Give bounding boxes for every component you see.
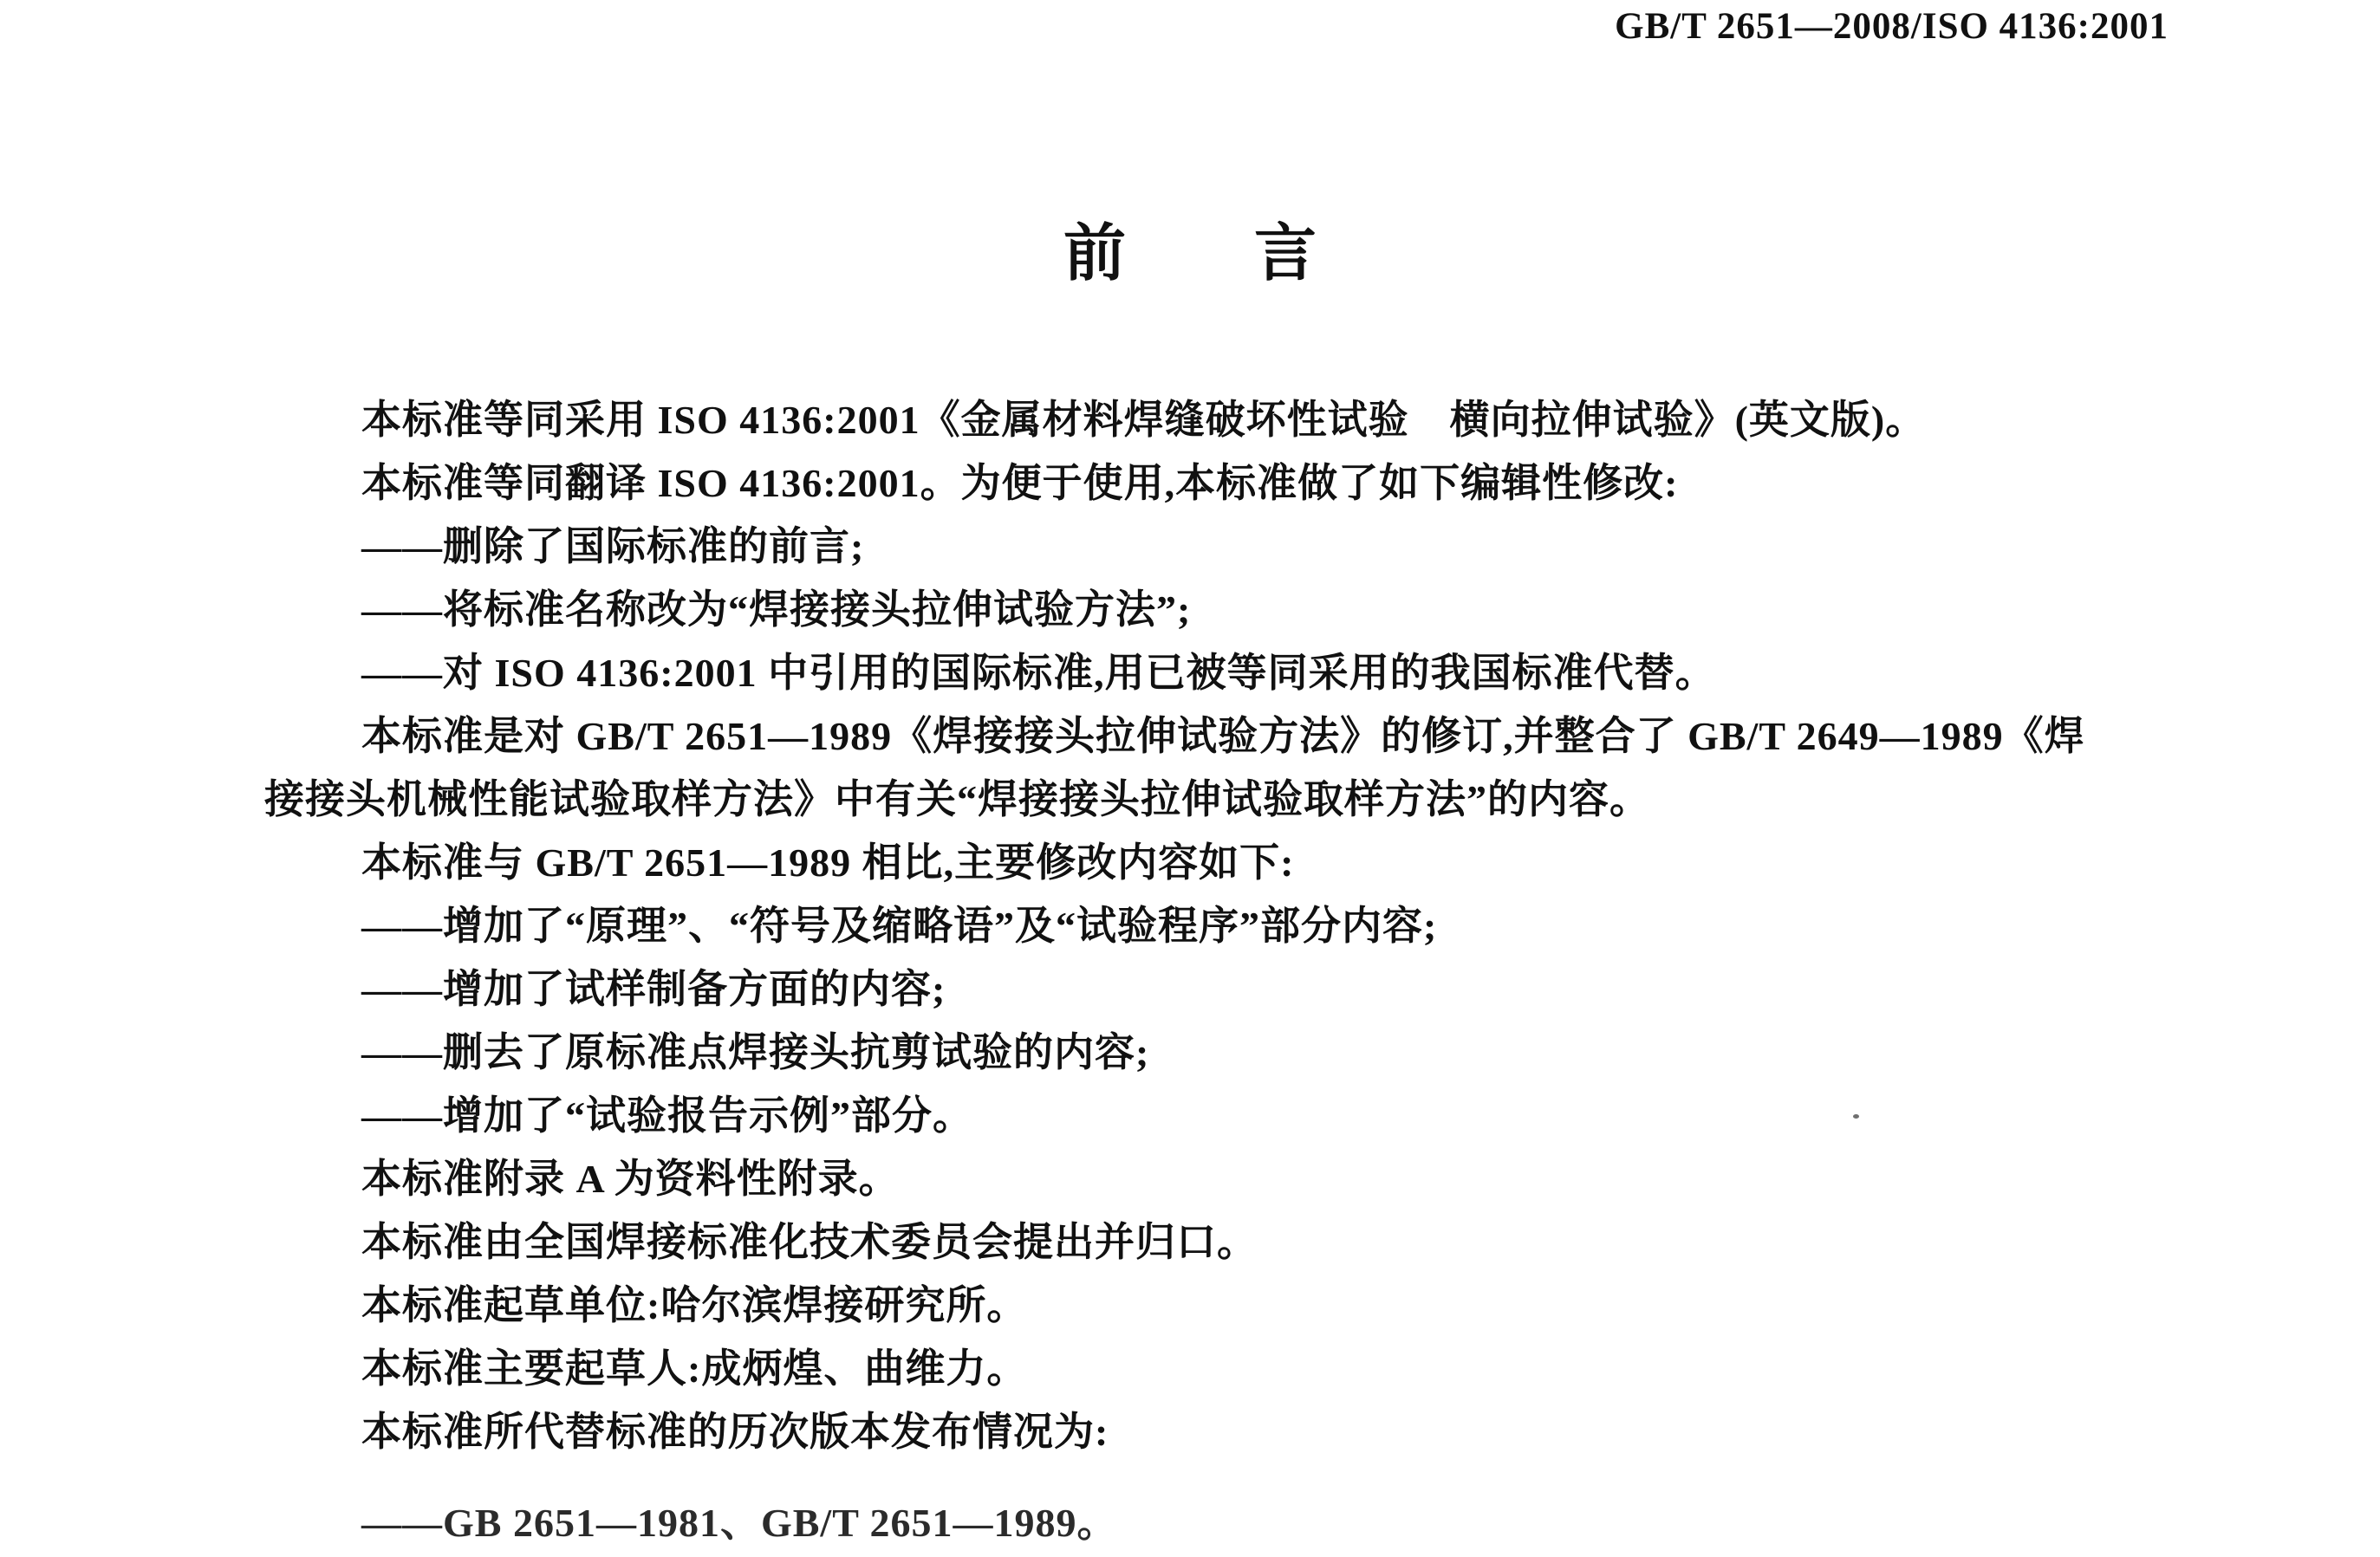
- text-line: ——删去了原标准点焊接头抗剪试验的内容;: [264, 1021, 2145, 1084]
- text-line: 本标准附录 A 为资料性附录。: [264, 1147, 2145, 1210]
- document-page: GB/T 2651—2008/ISO 4136:2001 前 言 本标准等同采用…: [0, 0, 2380, 1557]
- text-line: 本标准起草单位:哈尔滨焊接研究所。: [264, 1274, 2145, 1337]
- foreword-body: 本标准等同采用 ISO 4136:2001《金属材料焊缝破坏性试验 横向拉伸试验…: [264, 388, 2145, 1554]
- text-line: ——对 ISO 4136:2001 中引用的国际标准,用已被等同采用的我国标准代…: [264, 641, 2145, 704]
- text-line: ——增加了“试验报告示例”部分。: [264, 1084, 2145, 1147]
- text-line: ——增加了“原理”、“符号及缩略语”及“试验程序”部分内容;: [264, 894, 2145, 957]
- text-line: 本标准由全国焊接标准化技术委员会提出并归口。: [264, 1210, 2145, 1274]
- text-line: ——删除了国际标准的前言;: [264, 515, 2145, 578]
- text-line: 本标准与 GB/T 2651—1989 相比,主要修改内容如下:: [264, 831, 2145, 894]
- text-line: 本标准等同翻译 ISO 4136:2001。为便于使用,本标准做了如下编辑性修改…: [264, 451, 2145, 515]
- standard-code-header: GB/T 2651—2008/ISO 4136:2001: [1615, 5, 2169, 48]
- text-line: ——增加了试样制备方面的内容;: [264, 957, 2145, 1021]
- text-line: 本标准是对 GB/T 2651—1989《焊接接头拉伸试验方法》的修订,并整合了…: [264, 704, 2145, 768]
- text-line: 本标准等同采用 ISO 4136:2001《金属材料焊缝破坏性试验 横向拉伸试验…: [264, 388, 2145, 451]
- text-line: 本标准所代替标准的历次版本发布情况为:: [264, 1400, 2145, 1463]
- page-title: 前 言: [0, 203, 2380, 293]
- text-line: 接接头机械性能试验取样方法》中有关“焊接接头拉伸试验取样方法”的内容。: [264, 768, 2145, 831]
- scan-artifact-dot: [1853, 1114, 1859, 1119]
- text-line: 本标准主要起草人:成炳煌、曲维力。: [264, 1337, 2145, 1400]
- title-char-qian: 前: [1063, 203, 1126, 293]
- text-line: ——将标准名称改为“焊接接头拉伸试验方法”;: [264, 578, 2145, 641]
- title-char-yan: 言: [1254, 203, 1317, 293]
- text-line: ——GB 2651—1981、GB/T 2651—1989。: [264, 1491, 2145, 1554]
